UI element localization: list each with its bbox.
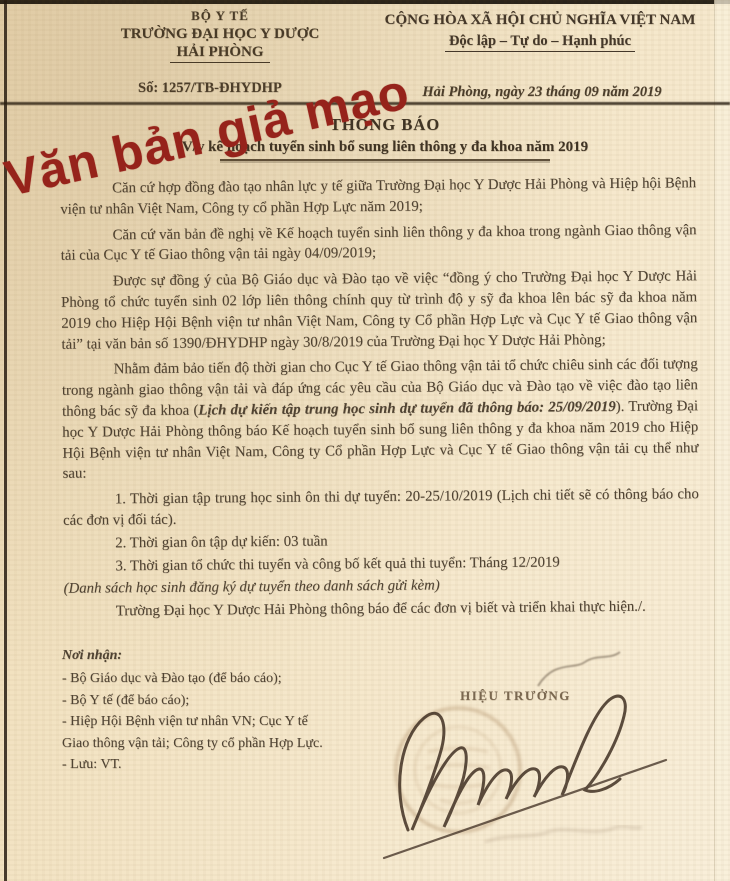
signature-and-seal-area <box>370 640 715 880</box>
recipients-label: Nơi nhận: <box>62 648 334 664</box>
subject-underline <box>220 159 550 161</box>
signature-flourish-icon <box>538 652 620 686</box>
university-city: HẢI PHÒNG <box>170 44 269 63</box>
recipient-item: - Bộ Y tế (để báo cáo); <box>62 690 334 712</box>
ministry-name: BỘ Y TẾ <box>88 9 352 24</box>
signature-image <box>370 640 715 880</box>
announcement-schedule-emphasis: Lịch dự kiến tập trung học sinh dự tuyển… <box>198 399 615 419</box>
faint-signer-name-icon <box>485 827 642 842</box>
recipient-item: - Lưu: VT. <box>62 754 334 776</box>
national-motto-line1: CỘNG HÒA XÃ HỘI CHỦ NGHĨA VIỆT NAM <box>372 11 708 30</box>
list-item-3-note: (Danh sách học sinh đăng ký dự tuyển the… <box>64 574 700 600</box>
scan-border-left <box>4 0 7 881</box>
recipient-item: - Bộ Giáo dục và Đào tạo (để báo cáo); <box>62 668 334 690</box>
national-motto-line2: Độc lập – Tự do – Hạnh phúc <box>445 32 635 52</box>
document-body: Căn cứ hợp đồng đào tạo nhân lực y tế gi… <box>60 173 700 627</box>
paragraph-basis-1: Căn cứ hợp đồng đào tạo nhân lực y tế gi… <box>60 173 696 220</box>
place-and-date: Hải Phòng, ngày 23 tháng 09 năm 2019 <box>396 84 688 101</box>
list-item-2: 2. Thời gian ôn tập dự kiến: 03 tuần <box>63 528 699 554</box>
list-item-1: 1. Thời gian tập trung học sinh ôn thi d… <box>63 484 699 531</box>
recipient-item: - Hiệp Hội Bệnh viện tư nhân VN; Cục Y t… <box>62 711 334 754</box>
university-name: TRƯỜNG ĐẠI HỌC Y DƯỢC <box>88 26 352 43</box>
paragraph-basis-2: Căn cứ văn bản đề nghị về Kế hoạch tuyển… <box>60 220 696 267</box>
paragraph-approval: Được sự đồng ý của Bộ Giáo dục và Đào tạ… <box>61 266 698 355</box>
recipients-block: Nơi nhận: - Bộ Giáo dục và Đào tạo (để b… <box>62 648 334 776</box>
paragraph-announcement: Nhằm đảm bảo tiến độ thời gian cho Cục Y… <box>62 355 699 485</box>
scan-border-top <box>0 0 730 4</box>
issuing-agency-block: BỘ Y TẾ TRƯỜNG ĐẠI HỌC Y DƯỢC HẢI PHÒNG <box>88 9 352 63</box>
closing-line: Trường Đại học Y Dược Hải Phòng thông bá… <box>64 596 700 622</box>
handwritten-signature-icon <box>384 696 666 858</box>
list-item-3: 3. Thời gian tổ chức thi tuyển và công b… <box>63 551 699 577</box>
scanned-document-page: BỘ Y TẾ TRƯỜNG ĐẠI HỌC Y DƯỢC HẢI PHÒNG … <box>0 0 730 881</box>
national-header-block: CỘNG HÒA XÃ HỘI CHỦ NGHĨA VIỆT NAM Độc l… <box>372 11 708 52</box>
